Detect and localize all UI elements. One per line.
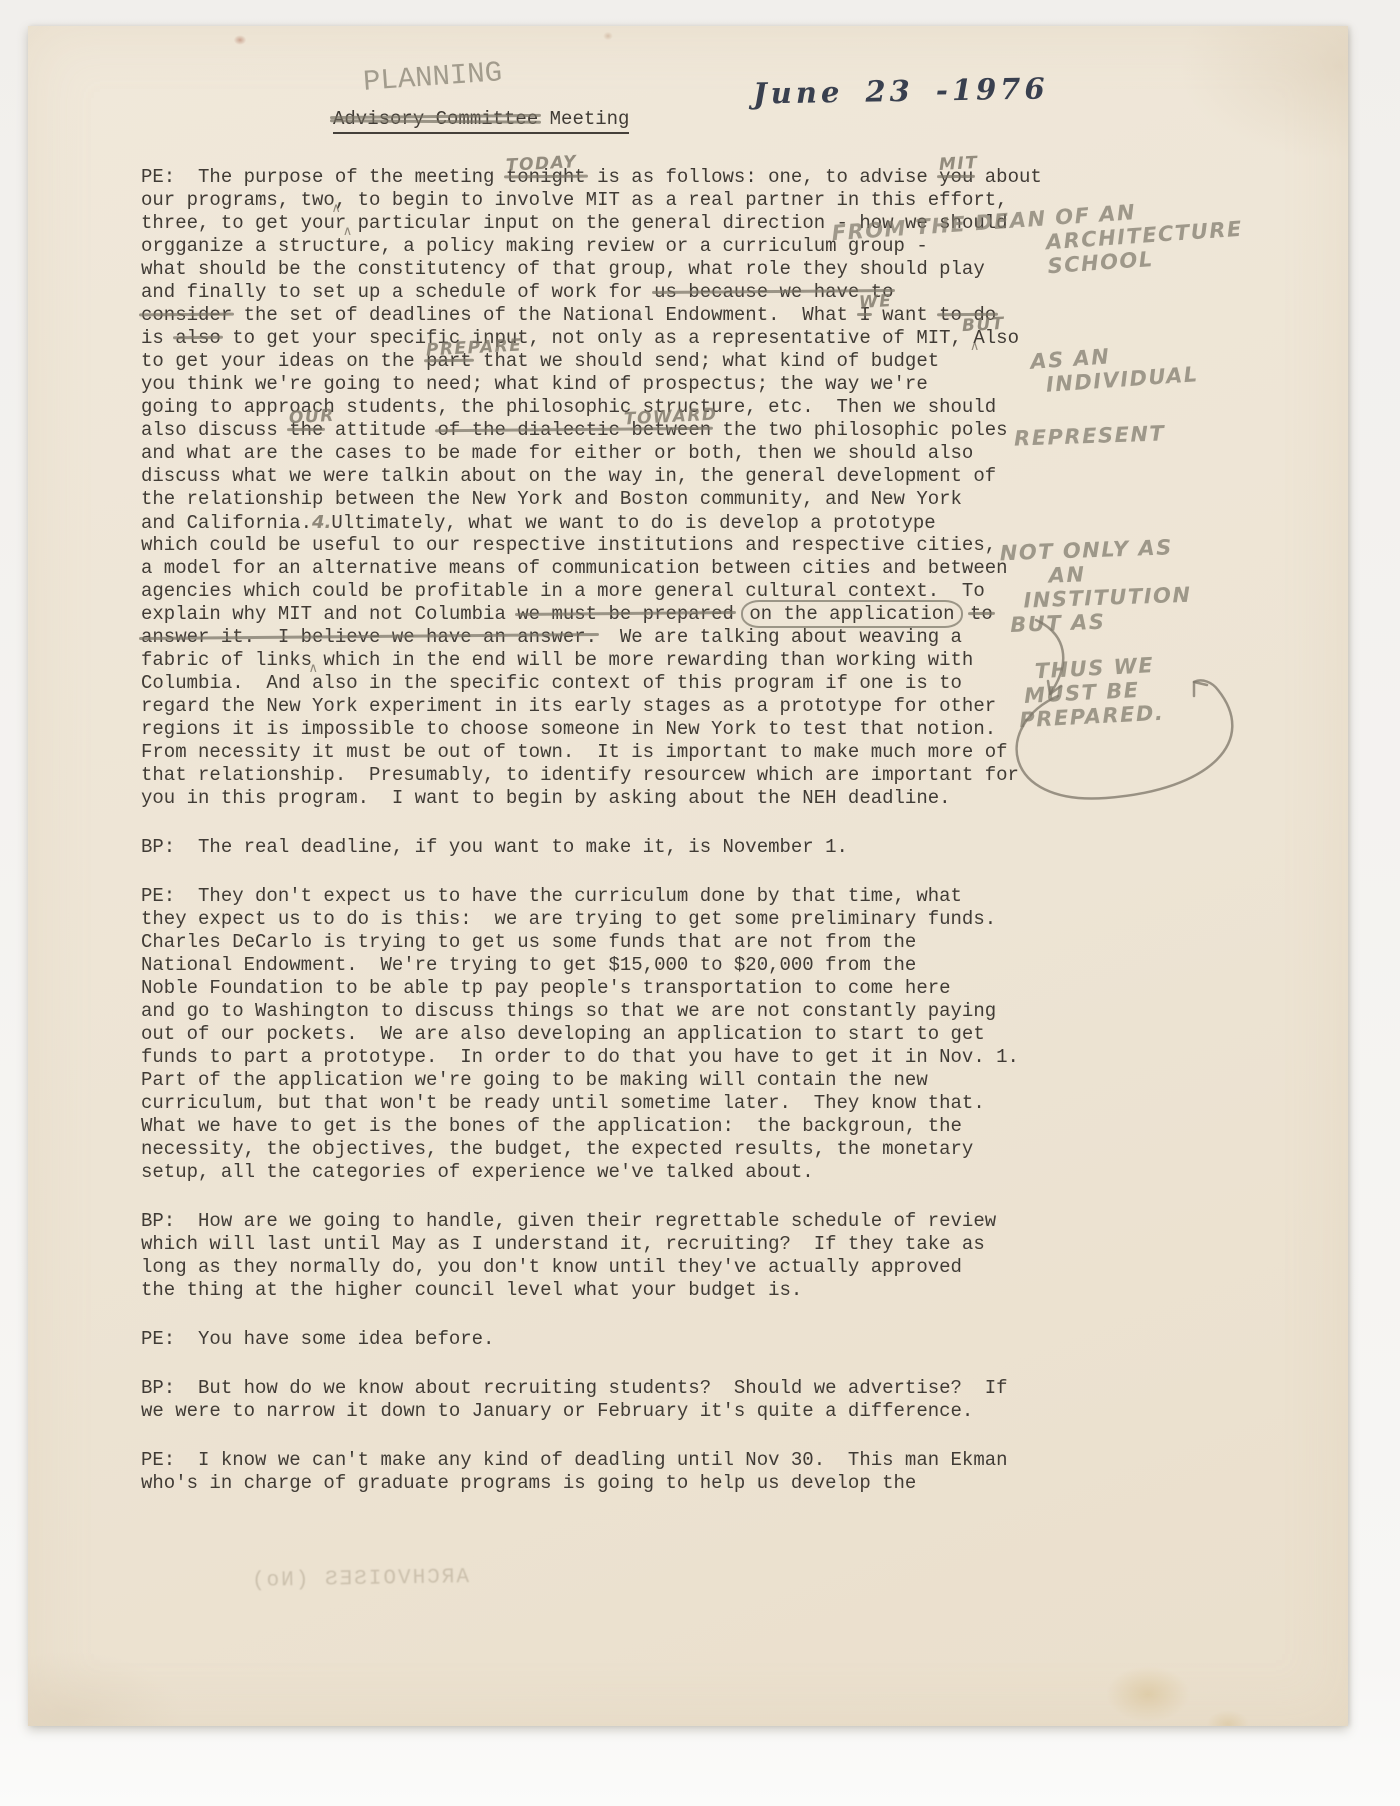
typed-line: Charles DeCarlo is trying to get us some…: [141, 931, 1298, 954]
typed-line: BP: But how do we know about recruiting …: [141, 1377, 1298, 1400]
typed-text: agencies which could be profitable in a …: [141, 580, 985, 602]
typed-line: out of our pockets. We are also developi…: [141, 1023, 1298, 1046]
typed-text: orgganize a structure, a policy making r…: [141, 235, 928, 257]
typed-text: that relationship. Presumably, to identi…: [141, 764, 1019, 786]
typed-line: they expect us to do is this: we are try…: [141, 908, 1298, 931]
typed-text: want: [871, 304, 939, 326]
typed-text: PE: You have some idea before.: [141, 1328, 494, 1350]
pencil-annotation: TODAY: [505, 154, 577, 175]
typed-text: , to begin to involve MIT as a real part…: [335, 189, 1008, 211]
typed-text: to get your ideas on the: [141, 350, 426, 372]
typed-text: which will last until May as I understan…: [141, 1233, 985, 1255]
typed-line: funds to part a prototype. In order to d…: [141, 1046, 1298, 1069]
typed-text: long as they normally do, you don't know…: [141, 1256, 962, 1278]
typed-line: necessity, the objectives, the budget, t…: [141, 1138, 1298, 1161]
typed-line: What we have to get is the bones of the …: [141, 1115, 1298, 1138]
typed-text-strike: tonightTODAY: [506, 166, 586, 188]
typed-line: which will last until May as I understan…: [141, 1233, 1298, 1256]
handwritten-date: June 23 -1976: [753, 77, 1049, 105]
paragraph-pe-6: PE: I know we can't make any kind of dea…: [141, 1449, 1298, 1495]
scanned-paper-page: PLANNING Advisory Committee Meeting June…: [28, 26, 1348, 1726]
typed-line: we were to narrow it down to January or …: [141, 1400, 1298, 1423]
typed-line: PE: You have some idea before.: [141, 1328, 1298, 1351]
document-header: PLANNING Advisory Committee Meeting June…: [141, 96, 1298, 136]
typed-text: Also: [973, 327, 1019, 349]
typed-text: who's in charge of graduate programs is …: [141, 1472, 916, 1494]
typed-text: National Endowment. We're trying to get …: [141, 954, 916, 976]
typed-text: a model for an alternative means of comm…: [141, 557, 1008, 579]
typed-text: and go to Washington to discuss things s…: [141, 1000, 996, 1022]
typed-line: Noble Foundation to be able tp pay peopl…: [141, 977, 1298, 1000]
pencil-annotation-planning: PLANNING: [362, 61, 502, 94]
typed-text: Charles DeCarlo is trying to get us some…: [141, 931, 916, 953]
typed-line: BP: The real deadline, if you want to ma…: [141, 836, 1298, 859]
typed-text: Columbia. And also in the specific conte…: [141, 672, 962, 694]
typed-text-strike: IWE: [859, 304, 870, 326]
typed-text: necessity, the objectives, the budget, t…: [141, 1138, 973, 1160]
typed-text: we were to narrow it down to January or …: [141, 1400, 973, 1422]
typed-text: that we should send; what kind of budget: [472, 350, 939, 372]
typed-text: our programs, two∧: [141, 189, 335, 211]
paragraph-bp-3: BP: How are we going to handle, given th…: [141, 1210, 1298, 1302]
typed-text-strike: theOUR: [289, 419, 323, 441]
typed-line: you in this program. I want to begin by …: [141, 787, 1298, 810]
typed-line: discuss what we were talkin about on the…: [141, 465, 1298, 488]
typed-text: and what are the cases to be made for ei…: [141, 442, 973, 464]
typed-text: you think we're going to need; what kind…: [141, 373, 928, 395]
typed-text: Noble Foundation to be able tp pay peopl…: [141, 977, 951, 999]
typed-text: they expect us to do is this: we are try…: [141, 908, 996, 930]
typed-text-strike: also: [175, 327, 221, 349]
typed-text: PE: I know we can't make any kind of dea…: [141, 1449, 1008, 1471]
typed-text: the set of deadlines of the National End…: [232, 304, 859, 326]
typed-document-content: PLANNING Advisory Committee Meeting June…: [141, 96, 1298, 1521]
typed-text: the two philosophic poles: [711, 419, 1007, 441]
typed-line: and California.4.Ultimately, what we wan…: [141, 511, 1298, 534]
typed-text: which in the end will be more rewarding …: [312, 649, 973, 671]
typed-text-strike: to: [970, 603, 993, 625]
typed-text: We are talking about weaving a: [597, 626, 962, 648]
typed-text: PE: They don't expect us to have the cur…: [141, 885, 962, 907]
typed-text-strike: of the dialectic betweenTOWARD: [437, 419, 711, 441]
typed-text-strike: we must be prepared: [517, 603, 734, 625]
typed-text: the thing at the higher council level wh…: [141, 1279, 802, 1301]
typed-text-strike: partPREPARE: [426, 350, 472, 372]
typed-text-strike: consider: [141, 304, 232, 326]
typed-line: and go to Washington to discuss things s…: [141, 1000, 1298, 1023]
paragraph-bp-5: BP: But how do we know about recruiting …: [141, 1377, 1298, 1423]
typed-text: explain why MIT and not Columbia: [141, 603, 517, 625]
typed-line: National Endowment. We're trying to get …: [141, 954, 1298, 977]
margin-note-thus-we-must-be-prepared: THUS WEMUST BEPREPARED.: [1034, 653, 1165, 732]
pencil-annotation: TOWARD: [623, 407, 717, 429]
typed-text: is: [141, 327, 175, 349]
page-title: Advisory Committee Meeting: [333, 108, 629, 134]
typed-text: the relationship between the New York an…: [141, 488, 962, 510]
typed-line: BP: How are we going to handle, given th…: [141, 1210, 1298, 1233]
typed-line: consider the set of deadlines of the Nat…: [141, 304, 1298, 327]
typed-text: From necessity it must be out of town. I…: [141, 741, 1008, 763]
typed-line: curriculum, but that won't be ready unti…: [141, 1092, 1298, 1115]
typed-text: three, to get: [141, 212, 301, 234]
typed-text: attitude: [323, 419, 437, 441]
margin-note-institution: NOT ONLY ASANINSTITUTIONBUT AS: [999, 535, 1192, 638]
typed-text: also discuss: [141, 419, 289, 441]
typed-text-strike: answer it. I believe we have an answer.: [141, 626, 597, 648]
typed-line: long as they normally do, you don't know…: [141, 1256, 1298, 1279]
typed-text: and California.: [141, 512, 312, 534]
typed-line: the thing at the higher council level wh…: [141, 1279, 1298, 1302]
typed-text: regions it is impossible to choose someo…: [141, 718, 996, 740]
typed-text: curriculum, but that won't be ready unti…: [141, 1092, 985, 1114]
typed-text: Part of the application we're going to b…: [141, 1069, 928, 1091]
typed-text: funds to part a prototype. In order to d…: [141, 1046, 1019, 1068]
typed-text-circle: on the application: [741, 600, 962, 628]
typed-line: who's in charge of graduate programs is …: [141, 1472, 1298, 1495]
typed-text: out of our pockets. We are also developi…: [141, 1023, 985, 1045]
typed-text: BP: The real deadline, if you want to ma…: [141, 836, 848, 858]
typed-line: From necessity it must be out of town. I…: [141, 741, 1298, 764]
typed-line: PE: They don't expect us to have the cur…: [141, 885, 1298, 908]
typed-line: PE: The purpose of the meeting tonightTO…: [141, 166, 1298, 189]
typed-text: BP: How are we going to handle, given th…: [141, 1210, 996, 1232]
typed-text: PE: The purpose of the meeting: [141, 166, 506, 188]
typed-text: about: [973, 166, 1041, 188]
title-struck-text: Advisory Committee: [333, 108, 538, 130]
paragraph-bp-1: BP: The real deadline, if you want to ma…: [141, 836, 1298, 859]
typed-text: going to approach students, the philosop…: [141, 396, 996, 418]
paragraph-pe-4: PE: You have some idea before.: [141, 1328, 1298, 1351]
typed-text-pencil: 4.: [312, 512, 331, 533]
typed-text: setup, all the categories of experience …: [141, 1161, 814, 1183]
typed-text: you in this program. I want to begin by …: [141, 787, 951, 809]
typed-text: which could be useful to our respective …: [141, 534, 996, 556]
typed-text: What we have to get is the bones of the …: [141, 1115, 962, 1137]
typed-text: and finally to set up a schedule of work…: [141, 281, 654, 303]
title-rest-text: Meeting: [538, 108, 629, 130]
typed-text: BP: But how do we know about recruiting …: [141, 1377, 1008, 1399]
paragraph-pe-2: PE: They don't expect us to have the cur…: [141, 885, 1298, 1184]
typed-line: the relationship between the New York an…: [141, 488, 1298, 511]
typed-line: PE: I know we can't make any kind of dea…: [141, 1449, 1298, 1472]
typed-line: that relationship. Presumably, to identi…: [141, 764, 1298, 787]
typed-text: BUT∧: [962, 327, 973, 349]
typed-text: to get your specific input, not only as …: [221, 327, 962, 349]
bleed-through-text: ARCHVOISES (No): [250, 1566, 469, 1593]
typed-line: setup, all the categories of experience …: [141, 1161, 1298, 1184]
typed-text: is as follows: one, to advise: [586, 166, 939, 188]
typed-text: fabric of links∧: [141, 649, 312, 671]
typed-line: and finally to set up a schedule of work…: [141, 281, 1298, 304]
typed-text: regard the New York experiment in its ea…: [141, 695, 996, 717]
typed-text: your∧: [301, 212, 347, 234]
typed-text: discuss what we were talkin about on the…: [141, 465, 996, 487]
typed-line: Part of the application we're going to b…: [141, 1069, 1298, 1092]
typed-text: Ultimately, what we want to do is develo…: [331, 512, 935, 534]
typed-text-strike: youMIT: [939, 166, 973, 188]
